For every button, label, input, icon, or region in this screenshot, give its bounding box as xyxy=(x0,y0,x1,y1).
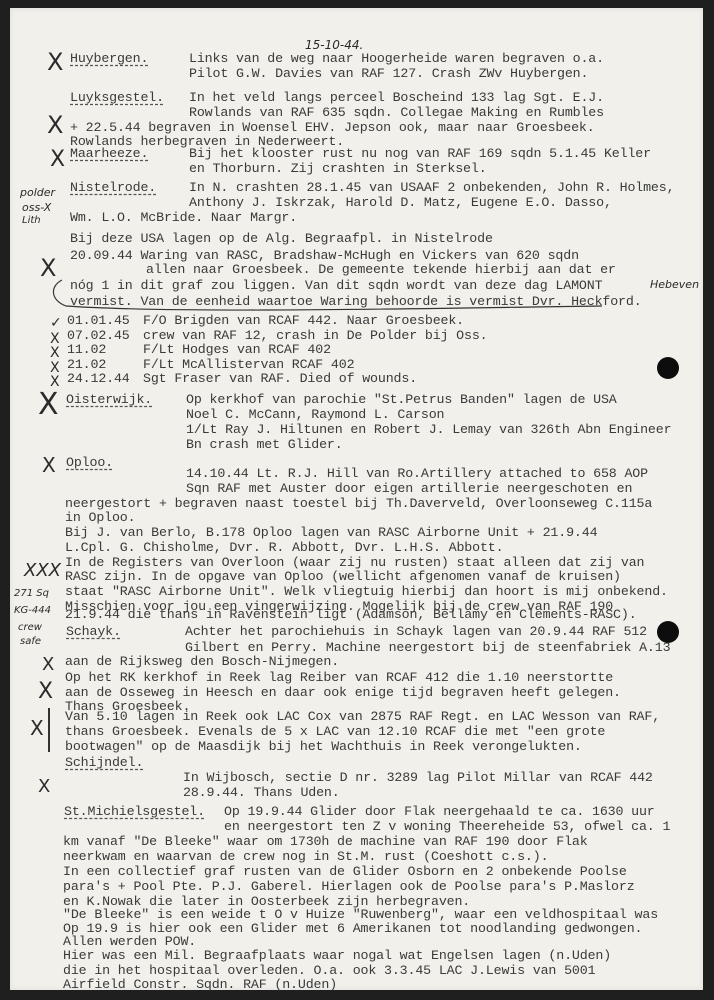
place-heading: Oisterwijk. xyxy=(66,392,152,407)
text-line: Gilbert en Perry. Machine neergestort bi… xyxy=(185,640,670,655)
text-line: Op 19.9.44 Glider door Flak neergehaald … xyxy=(224,804,655,819)
margin-note: KG-444 xyxy=(14,605,51,616)
entry-date: 21.02 xyxy=(67,357,106,372)
text-line: die in het hospitaal overleden. O.a. ook… xyxy=(63,963,595,978)
text-line: Achter het parochiehuis in Schayk lagen … xyxy=(185,624,647,639)
place-heading: St.Michielsgestel. xyxy=(64,804,205,819)
check-mark-x: X xyxy=(38,682,53,702)
text-line: 1/Lt Ray J. Hiltunen en Robert J. Lemay … xyxy=(186,422,671,437)
text-line: Van 5.10 lagen in Reek ook LAC Cox van 2… xyxy=(65,709,660,724)
text-line: In het veld langs perceel Boscheind 133 … xyxy=(189,90,604,105)
check-mark-x: X xyxy=(42,455,56,475)
check-mark-x: X xyxy=(40,258,56,278)
margin-note: crew xyxy=(18,622,42,633)
text-line: "De Bleeke" is een weide t O v Huize "Ru… xyxy=(63,907,658,922)
check-mark-x: X xyxy=(47,52,63,72)
text-line: 20.09.44 Waring van RASC, Bradshaw-McHug… xyxy=(70,248,579,263)
text-line: In N. crashten 28.1.45 van USAAF 2 onbek… xyxy=(189,180,674,195)
check-mark-x: X xyxy=(38,777,50,797)
text-line: Bn crash met Glider. xyxy=(186,437,343,452)
entry-text: F/Lt Hodges van RCAF 402 xyxy=(143,342,331,357)
check-mark-x: X xyxy=(30,718,44,738)
text-line: In de Registers van Overloon (waar zij n… xyxy=(65,555,644,570)
margin-note: safe xyxy=(20,636,41,647)
margin-note: polder xyxy=(20,186,55,199)
punch-hole xyxy=(657,357,679,379)
text-line: aan de Rijksweg den Bosch-Nijmegen. xyxy=(65,654,339,669)
text-line: Bij het klooster rust nu nog van RAF 169… xyxy=(189,146,651,161)
entry-date: 07.02.45 xyxy=(67,328,130,343)
check-mark-x: X xyxy=(38,395,59,415)
text-line: Bij J. van Berlo, B.178 Oploo lagen van … xyxy=(65,525,597,540)
text-line: 14.10.44 Lt. R.J. Hill van Ro.Artillery … xyxy=(186,466,648,481)
place-heading: Nistelrode. xyxy=(70,180,156,195)
text-line: en neergestort ten Z v woning Theereheid… xyxy=(224,819,670,834)
place-heading: Maarheeze. xyxy=(70,146,148,161)
text-line: neerkwam en waarvan de crew nog in St.M.… xyxy=(63,849,548,864)
text-line: Op het RK kerkhof in Reek lag Reiber van… xyxy=(65,670,613,685)
margin-line xyxy=(48,708,50,752)
text-line: km vanaf "De Bleeke" waar om 1730h de ma… xyxy=(63,834,588,849)
text-line: Links van de weg naar Hoogerheide waren … xyxy=(189,51,604,66)
place-heading: Huybergen. xyxy=(70,51,148,66)
entry-text: Sgt Fraser van RAF. Died of wounds. xyxy=(143,371,417,386)
place-heading: Schayk. xyxy=(66,624,121,639)
text-line: staat "RASC Airborne Unit". Welk vliegtu… xyxy=(65,584,668,599)
margin-note: Hebeven xyxy=(650,278,699,291)
text-line: Pilot G.W. Davies van RAF 127. Crash ZWv… xyxy=(189,66,588,81)
handwritten-date: 15-10-44. xyxy=(305,38,363,52)
text-line: Sqn RAF met Auster door eigen artillerie… xyxy=(186,481,632,496)
text-line: para's + Pool Pte. P.J. Gaberel. Hierlag… xyxy=(63,879,635,894)
place-heading: Schijndel. xyxy=(65,755,143,770)
entry-text: F/Lt McAllistervan RCAF 402 xyxy=(143,357,354,372)
margin-note: oss-X xyxy=(22,201,51,214)
entry-text: F/O Brigden van RCAF 442. Naar Groesbeek… xyxy=(143,313,464,328)
text-line: Anthony J. Iskrzak, Harold D. Matz, Euge… xyxy=(189,195,612,210)
text-line: 21.9.44 die thans in Ravenstein ligt (Ad… xyxy=(65,607,637,622)
text-line: 28.9.44. Thans Uden. xyxy=(183,785,340,800)
entry-date: 24.12.44 xyxy=(67,371,130,386)
text-line: In Wijbosch, sectie D nr. 3289 lag Pilot… xyxy=(183,770,653,785)
text-line: aan de Osseweg in Heesch en daar ook eni… xyxy=(65,685,621,700)
text-line: Allen werden POW. xyxy=(63,934,196,949)
text-line: + 22.5.44 begraven in Woensel EHV. Jepso… xyxy=(70,120,595,135)
text-line: Noel C. McCann, Raymond L. Carson xyxy=(186,407,444,422)
text-line: neergestort + begraven naast toestel bij… xyxy=(65,496,652,511)
entry-date: 01.01.45 xyxy=(67,313,130,328)
text-line: Airfield Constr. Sqdn. RAF (n.Uden) xyxy=(63,977,337,992)
text-line: Op kerkhof van parochie "St.Petrus Bande… xyxy=(186,392,617,407)
entry-text: crew van RAF 12, crash in De Polder bij … xyxy=(143,328,488,343)
margin-note: 271 Sq xyxy=(14,588,49,599)
text-line: Rowlands van RAF 635 sqdn. Collegae Maki… xyxy=(189,105,604,120)
text-line: allen naar Groesbeek. De gemeente tekend… xyxy=(146,262,616,277)
check-mark-x: X xyxy=(42,655,54,675)
text-line: Hier was een Mil. Begraafplaats waar nog… xyxy=(63,948,611,963)
check-mark-x: X xyxy=(47,115,63,135)
text-line: In een collectief graf rusten van de Gli… xyxy=(63,864,627,879)
text-line: en Thorburn. Zij crashten in Sterksel. xyxy=(189,161,487,176)
entry-date: 11.02 xyxy=(67,342,106,357)
margin-note: Lith xyxy=(22,215,41,226)
place-heading: Luyksgestel. xyxy=(70,90,164,105)
text-line: L.Cpl. G. Chisholme, Dvr. R. Abbott, Dvr… xyxy=(65,540,503,555)
text-line: Bij deze USA lagen op de Alg. Begraafpl.… xyxy=(70,231,493,246)
text-line: RASC zijn. In de opgave van Oploo (welli… xyxy=(65,569,621,584)
text-line: bootwagen" op de Maasdijk bij het Wachth… xyxy=(65,739,582,754)
check-mark-x: X xyxy=(50,150,65,170)
margin-note: XXX xyxy=(24,560,61,581)
text-line: Wm. L.O. McBride. Naar Margr. xyxy=(70,210,297,225)
text-line: thans Groesbeek. Evenals de 5 x LAC van … xyxy=(65,724,605,739)
text-line: in Oploo. xyxy=(65,510,135,525)
bracket-annotation-icon xyxy=(42,276,612,316)
place-heading: Oploo. xyxy=(66,455,113,470)
